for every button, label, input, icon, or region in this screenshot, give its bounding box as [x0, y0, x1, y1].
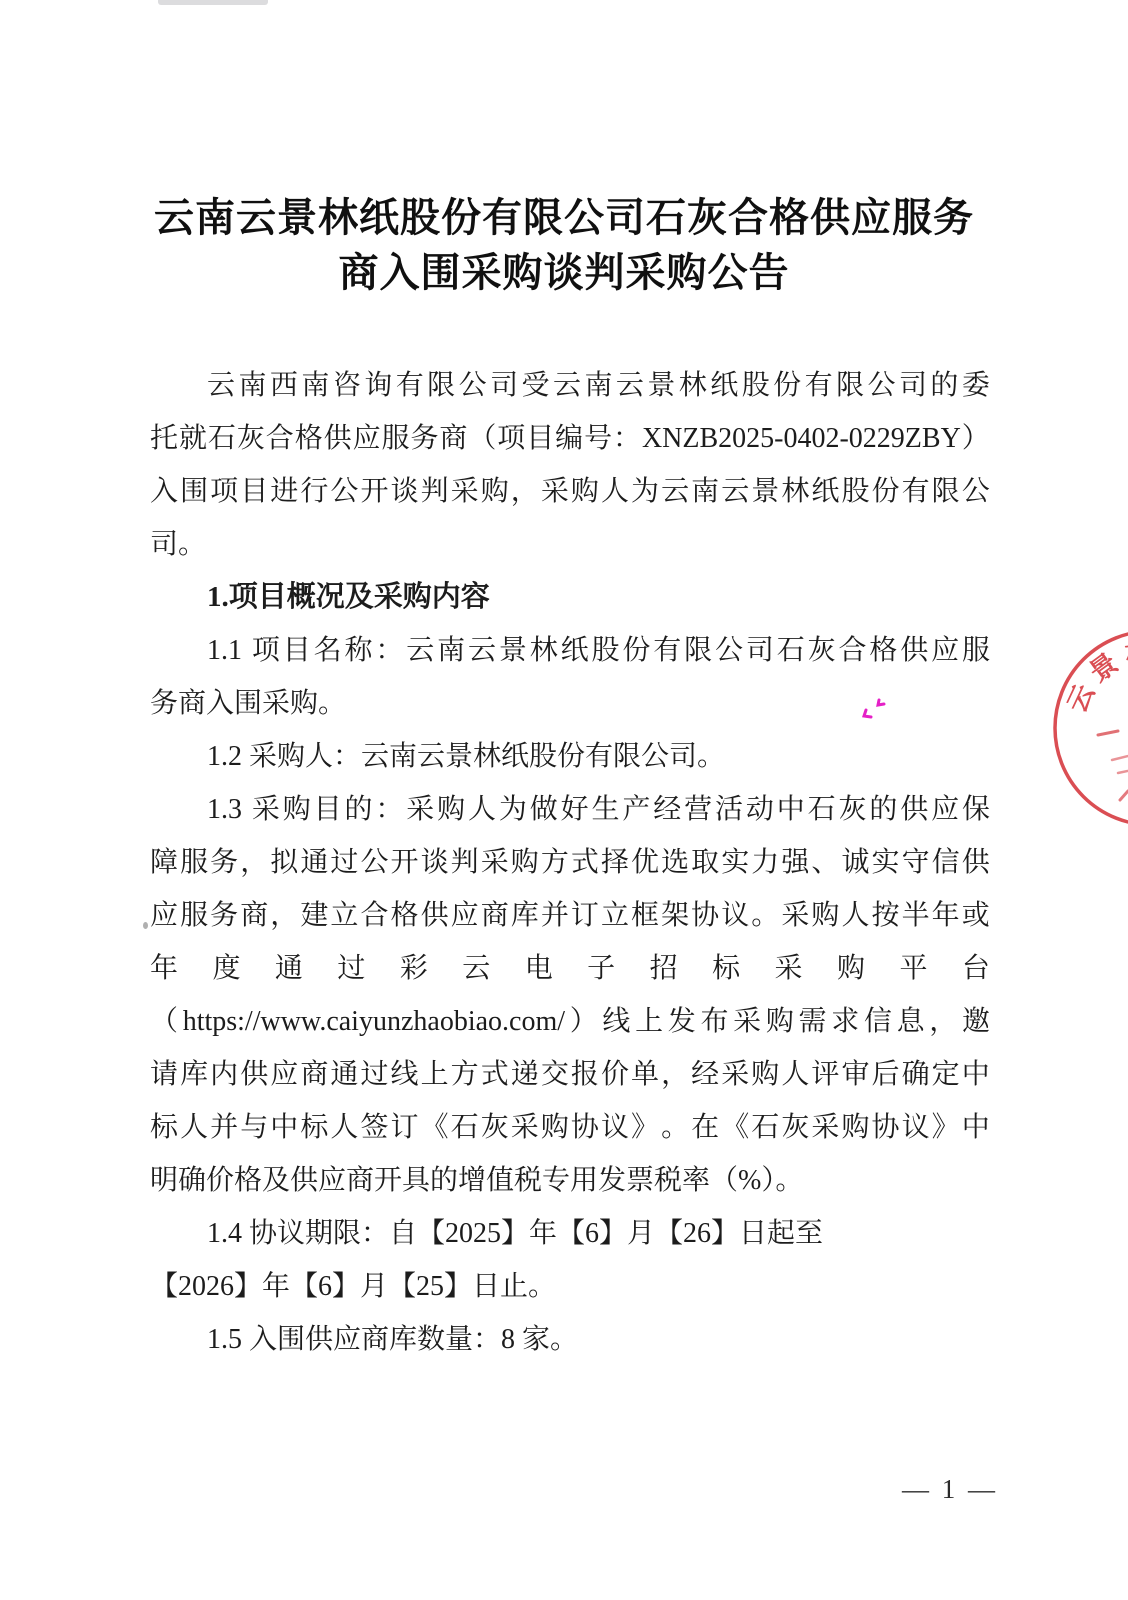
body-line: 入围项目进行公开谈判采购，采购人为云南云景林纸股份有限公 [150, 465, 990, 518]
body-line: 1.1 项目名称：云南云景林纸股份有限公司石灰合格供应服 [150, 624, 990, 677]
seal-arc-text: 云景林纸 [1061, 635, 1128, 718]
body-line: 障服务，拟通过公开谈判采购方式择优选取实力强、诚实守信供 [150, 836, 990, 889]
body-line: 标人并与中标人签订《石灰采购协议》。在《石灰采购协议》中 [150, 1101, 990, 1154]
body-line: 1.项目概况及采购内容 [150, 571, 990, 624]
ink-dot-artifact [143, 922, 148, 929]
body-line: 应服务商，建立合格供应商库并订立框架协议。采购人按半年或 [150, 889, 990, 942]
body-line: 云南西南咨询有限公司受云南云景林纸股份有限公司的委 [150, 359, 990, 412]
title-line: 云南云景林纸股份有限公司石灰合格供应服务 [0, 190, 1128, 245]
body-line: 托就石灰合格供应服务商（项目编号：XNZB2025-0402-0229ZBY） [150, 412, 990, 465]
body-line: 请库内供应商通过线上方式递交报价单，经采购人评审后确定中 [150, 1048, 990, 1101]
body-line: 1.3 采购目的：采购人为做好生产经营活动中石灰的供应保 [150, 783, 990, 836]
page-number: — 1 — [860, 1474, 1040, 1505]
body-line: 1.4 协议期限：自【2025】年【6】月【26】日起至 [150, 1207, 990, 1260]
body-line: 司。 [150, 518, 990, 571]
company-seal-stamp: 云景林纸 [1000, 595, 1128, 875]
pen-mark [852, 688, 900, 724]
title-line: 商入围采购谈判采购公告 [0, 245, 1128, 300]
body-line: 年度通过彩云电子招标采购平台 [150, 942, 990, 995]
document-body: 云南西南咨询有限公司受云南云景林纸股份有限公司的委托就石灰合格供应服务商（项目编… [150, 359, 990, 1366]
document-page: 云南云景林纸股份有限公司石灰合格供应服务 商入围采购谈判采购公告 云南西南咨询有… [0, 0, 1128, 1600]
document-title: 云南云景林纸股份有限公司石灰合格供应服务 商入围采购谈判采购公告 [0, 190, 1128, 300]
body-line: （https://www.caiyunzhaobiao.com/）线上发布采购需… [150, 995, 990, 1048]
svg-text:云景林纸: 云景林纸 [1061, 635, 1128, 718]
body-line: 1.5 入围供应商库数量：8 家。 [150, 1313, 990, 1366]
scan-artifact [158, 0, 268, 5]
body-line: 1.2 采购人：云南云景林纸股份有限公司。 [150, 730, 990, 783]
body-line: 【2026】年【6】月【25】日止。 [150, 1260, 990, 1313]
body-line: 明确价格及供应商开具的增值税专用发票税率（%）。 [150, 1154, 990, 1207]
